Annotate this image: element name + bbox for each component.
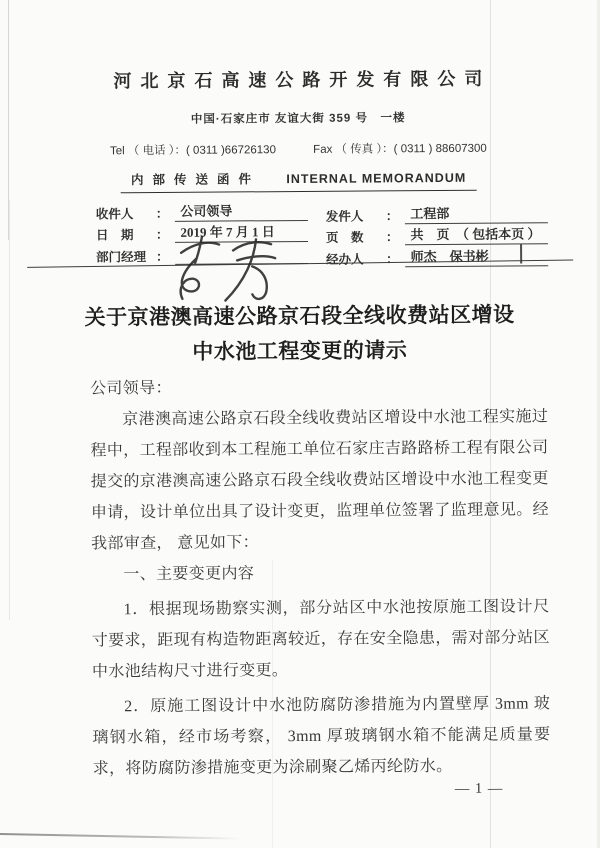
- tel-fax-line: Tel （ 电话 ）：( 0311 )66726130 Fax （ 传真 ）：(…: [0, 139, 598, 159]
- salutation: 公司领导：: [90, 370, 548, 404]
- field-colon: ：: [156, 203, 169, 221]
- company-address: 中国·石家庄市 友谊大街 359 号 一楼: [0, 108, 598, 128]
- paragraph-item-2: 2．原施工图设计中水池防腐防渗措施为内置壁厚 3mm 玻璃钢水箱，经市场考察， …: [92, 688, 551, 784]
- memo-heading-chinese: 内部传送函件: [131, 172, 260, 187]
- field-colon: ：: [386, 206, 399, 224]
- document-title-line1: 关于京港澳高速公路京石段全线收费站区增设: [29, 297, 569, 336]
- memo-content: 河北京石高速公路开发有限公司 中国·石家庄市 友谊大街 359 号 一楼 Tel…: [0, 0, 600, 848]
- field-date-label: 日 期: [96, 225, 148, 243]
- scanned-memo-page: 河北京石高速公路开发有限公司 中国·石家庄市 友谊大街 359 号 一楼 Tel…: [0, 0, 600, 848]
- paragraph-item-1: 1．根据现场勘察实测，部分站区中水池按原施工图设计尺寸要求，距现有构造物距离较近…: [91, 591, 550, 687]
- field-pages: 页 数 ： 共 页 （ 包括本页 ）: [326, 223, 548, 246]
- fax-number: Fax （ 传真 ）：( 0311 ) 88607300: [313, 143, 487, 156]
- memo-fields: 收件人 ： 公司领导 日 期 ： 2019 年 7 月 1 日 部门经理 ： 发…: [96, 197, 548, 269]
- tel-number: Tel （ 电话 ）：( 0311 )66726130: [110, 144, 276, 157]
- field-handler: 经办人 ： 师杰 保书彬: [326, 244, 548, 267]
- field-sender-label: 发件人: [326, 206, 378, 224]
- field-colon: ：: [386, 249, 399, 267]
- paragraph-background: 京港澳高速公路京石段全线收费站区增设中水池工程实施过程中，工程部收到本工程施工单…: [90, 401, 549, 559]
- memo-heading-english: INTERNAL MEMORANDUM: [286, 171, 466, 186]
- field-handler-value: 师杰 保书彬: [405, 245, 549, 267]
- field-dept-manager-label: 部门经理: [96, 247, 148, 265]
- document-title-line2: 中水池工程变更的请示: [30, 332, 570, 371]
- field-recipient-value: 公司领导: [174, 199, 308, 221]
- field-colon: ：: [386, 227, 399, 245]
- memo-heading: 内部传送函件 INTERNAL MEMORANDUM: [0, 167, 599, 194]
- field-recipient-label: 收件人: [96, 204, 148, 222]
- memo-body: 公司领导： 京港澳高速公路京石段全线收费站区增设中水池工程实施过程中，工程部收到…: [90, 370, 551, 784]
- company-name: 河北京石高速公路开发有限公司: [0, 64, 598, 94]
- field-pages-label: 页 数: [326, 227, 378, 245]
- field-sender-value: 工程部: [404, 202, 548, 224]
- page-number: — 1 —: [455, 781, 515, 798]
- signature-strokes: [167, 232, 302, 307]
- paragraph-section-heading: 一、主要变更内容: [91, 556, 549, 590]
- fields-right-column: 发件人 ： 工程部 页 数 ： 共 页 （ 包括本页 ） 经办人 ： 师杰 保书…: [326, 201, 548, 267]
- signature-handwriting: [167, 232, 302, 307]
- field-pages-value: 共 页 （ 包括本页 ）: [404, 223, 548, 245]
- field-sender: 发件人 ： 工程部: [326, 201, 548, 224]
- field-recipient: 收件人 ： 公司领导: [96, 199, 308, 222]
- memo-heading-underlined: 内部传送函件 INTERNAL MEMORANDUM: [121, 168, 476, 193]
- document-title: 关于京港澳高速公路京石段全线收费站区增设 中水池工程变更的请示: [29, 297, 569, 371]
- field-handler-label: 经办人: [326, 249, 378, 267]
